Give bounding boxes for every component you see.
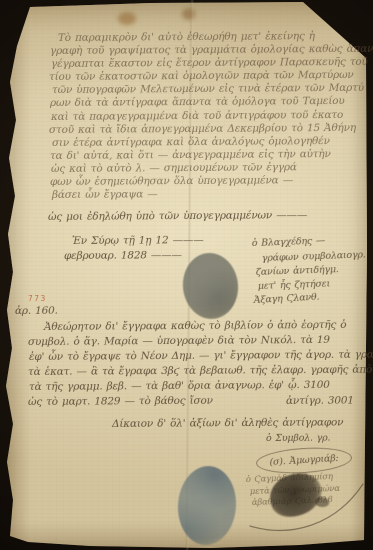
- handwriting-line: ὡς καὶ τὸ αὐτὸ λ. — σημειουμένων τῶν ἐγγ…: [51, 162, 297, 174]
- handwriting-line: τῶν ὑπογραφῶν Μελετωμένων εἰς τινὰ ἑτέρα…: [52, 83, 364, 96]
- handwriting-line: τα δι' αὐτά, καὶ ὅτι — ἀναγεγραμμένα εἰς…: [50, 149, 331, 161]
- scanned-document: Τὸ παραμικρὸν δι' αὐτὸ ἐθεωρήθη μετ' ἐκε…: [0, 0, 373, 550]
- notary-line: ὁ Βλαγχέδης —: [252, 236, 326, 248]
- handwriting-line: γραφὴ τοῦ γραψίματος τὰ γραμμάτια ὁμολογ…: [50, 44, 373, 57]
- handwriting-line: φων ὧν ἐσημειώθησαν ὅλα ὑπογεγραμμένα —: [50, 175, 293, 187]
- handwriting-line: ὡς μοι ἐδηλώθη ὑπὸ τῶν ὑπογεγραμμένων ——…: [48, 210, 307, 222]
- handwriting-line: τὰ τῆς γραμμ. βεβ. — τὰ βαθ' ὅρια ἀναγνω…: [29, 380, 330, 393]
- paper-stain: [118, 12, 136, 25]
- pen-flourish: [235, 452, 373, 536]
- handwriting-line: Τὸ παραμικρὸν δι' αὐτὸ ἐθεωρήθη μετ' ἐκε…: [58, 31, 315, 43]
- signer-title: ὁ Συμβολ. γρ.: [266, 434, 330, 444]
- handwriting-line: συμβολ. ὁ ἅγ. Μαρία — ὑπογραφὲν διὰ τὸν …: [28, 335, 330, 348]
- handwriting-line: ρων διὰ τὰ ἀντίγραφα ἅπαντα τὰ ὁμόλογα τ…: [50, 96, 345, 109]
- amount-figure: ἀντίγρ. 3001: [286, 396, 354, 407]
- handwriting-line: βάσει ὧν ἔγραψα —: [52, 189, 158, 200]
- handwriting-line: καὶ τὰ παραγεγραμμένα διὰ τοῦ ἀντιγράφου…: [51, 110, 343, 123]
- handwriting-line: Ἀθεώρητον δι' ἔγγραφα καθὼς τὸ βιβλίον ὁ…: [44, 320, 346, 333]
- handwriting-line: ἐφ' ὧν τὸ ἔγραψε τὸ Νέον Δημ. — γι' ἔγγρ…: [29, 349, 373, 362]
- attestation-line: Δίκαιον δ' ὅλ' ἀξίων δι' ἀληθὲς ἀντίγραφ…: [112, 417, 343, 429]
- handwriting-line: γέγραπται ἕκαστον εἰς ἕτερον ἀντίγραφον …: [51, 56, 373, 69]
- handwriting-line: ὡς τὸ μαρτ. 1829 — τὸ βάθος ἴσον: [28, 396, 213, 408]
- handwriting-line: τὰ ἑκατ. — ἃ τὰ ἔγραφα 3βϛ τὰ βεβαιωθ. τ…: [28, 365, 372, 378]
- reference-number: ἀρ. 160.: [15, 306, 58, 317]
- handwriting-line: στοῦ καὶ τὰ ἴδια ἀπογεγραμμένα Δεκεμβρίο…: [49, 123, 356, 136]
- notary-line: μετ' ἧς ζητήσει: [258, 279, 331, 291]
- handwriting-line: τίου τῶν ἑκατοστῶν καὶ ὁμολογιῶν παρὰ τῶ…: [49, 70, 354, 83]
- red-archival-stamp: 773: [28, 294, 47, 303]
- dateline-date: φεβρουαρ. 1828 ———: [64, 250, 182, 261]
- handwriting-line: σιν ἑτέρα ἀντίγραφα καὶ ὅλα ἀναλόγως ὁμο…: [52, 136, 330, 148]
- dateline-place: Ἐν Σύρῳ τῇ 1ῃ 12 ———: [72, 235, 204, 246]
